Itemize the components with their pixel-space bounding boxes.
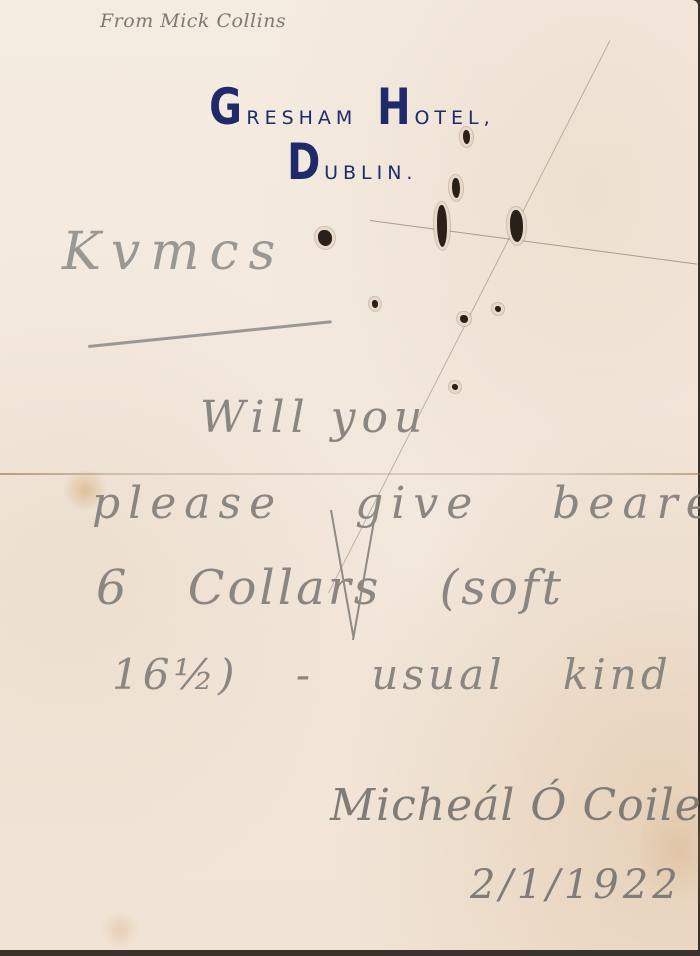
burn-hole [452,384,458,390]
letterhead-word-otel: OTEL, [414,107,494,129]
letterhead-initial-h: H [377,78,410,136]
burn-hole [318,230,332,246]
date: 2/1/1922 [470,862,682,908]
burn-hole [437,205,447,247]
archival-annotation: From Mick Collins [100,10,286,32]
signature: Micheál Ó Coileáin [330,780,700,831]
letterhead-city: DUBLIN. [0,133,700,191]
salutation-underline [88,320,332,348]
burn-hole [460,315,468,323]
body-line-3: 6 Collars (soft [96,560,564,616]
body-line-1: Will you [200,392,428,443]
paper-crack [370,220,697,265]
burn-hole [495,306,501,312]
salutation: Kvmcs [62,222,285,282]
letterhead-hotel-name: GRESHAM HOTEL, [0,78,700,136]
foxing-stain [100,910,140,950]
burn-hole [372,300,378,308]
letterhead-initial-d: D [287,133,320,191]
body-line-2: please give bearer [92,478,700,529]
letterhead-word-resham: RESHAM [246,107,357,129]
letterhead-initial-g: G [209,78,242,136]
burn-hole [510,210,523,242]
body-line-4: 16½) - usual kind [112,650,672,699]
fold-crease-horizontal [0,473,700,475]
letterhead-word-ublin: UBLIN. [324,162,417,184]
letter-paper: From Mick Collins GRESHAM HOTEL, DUBLIN.… [0,0,698,950]
